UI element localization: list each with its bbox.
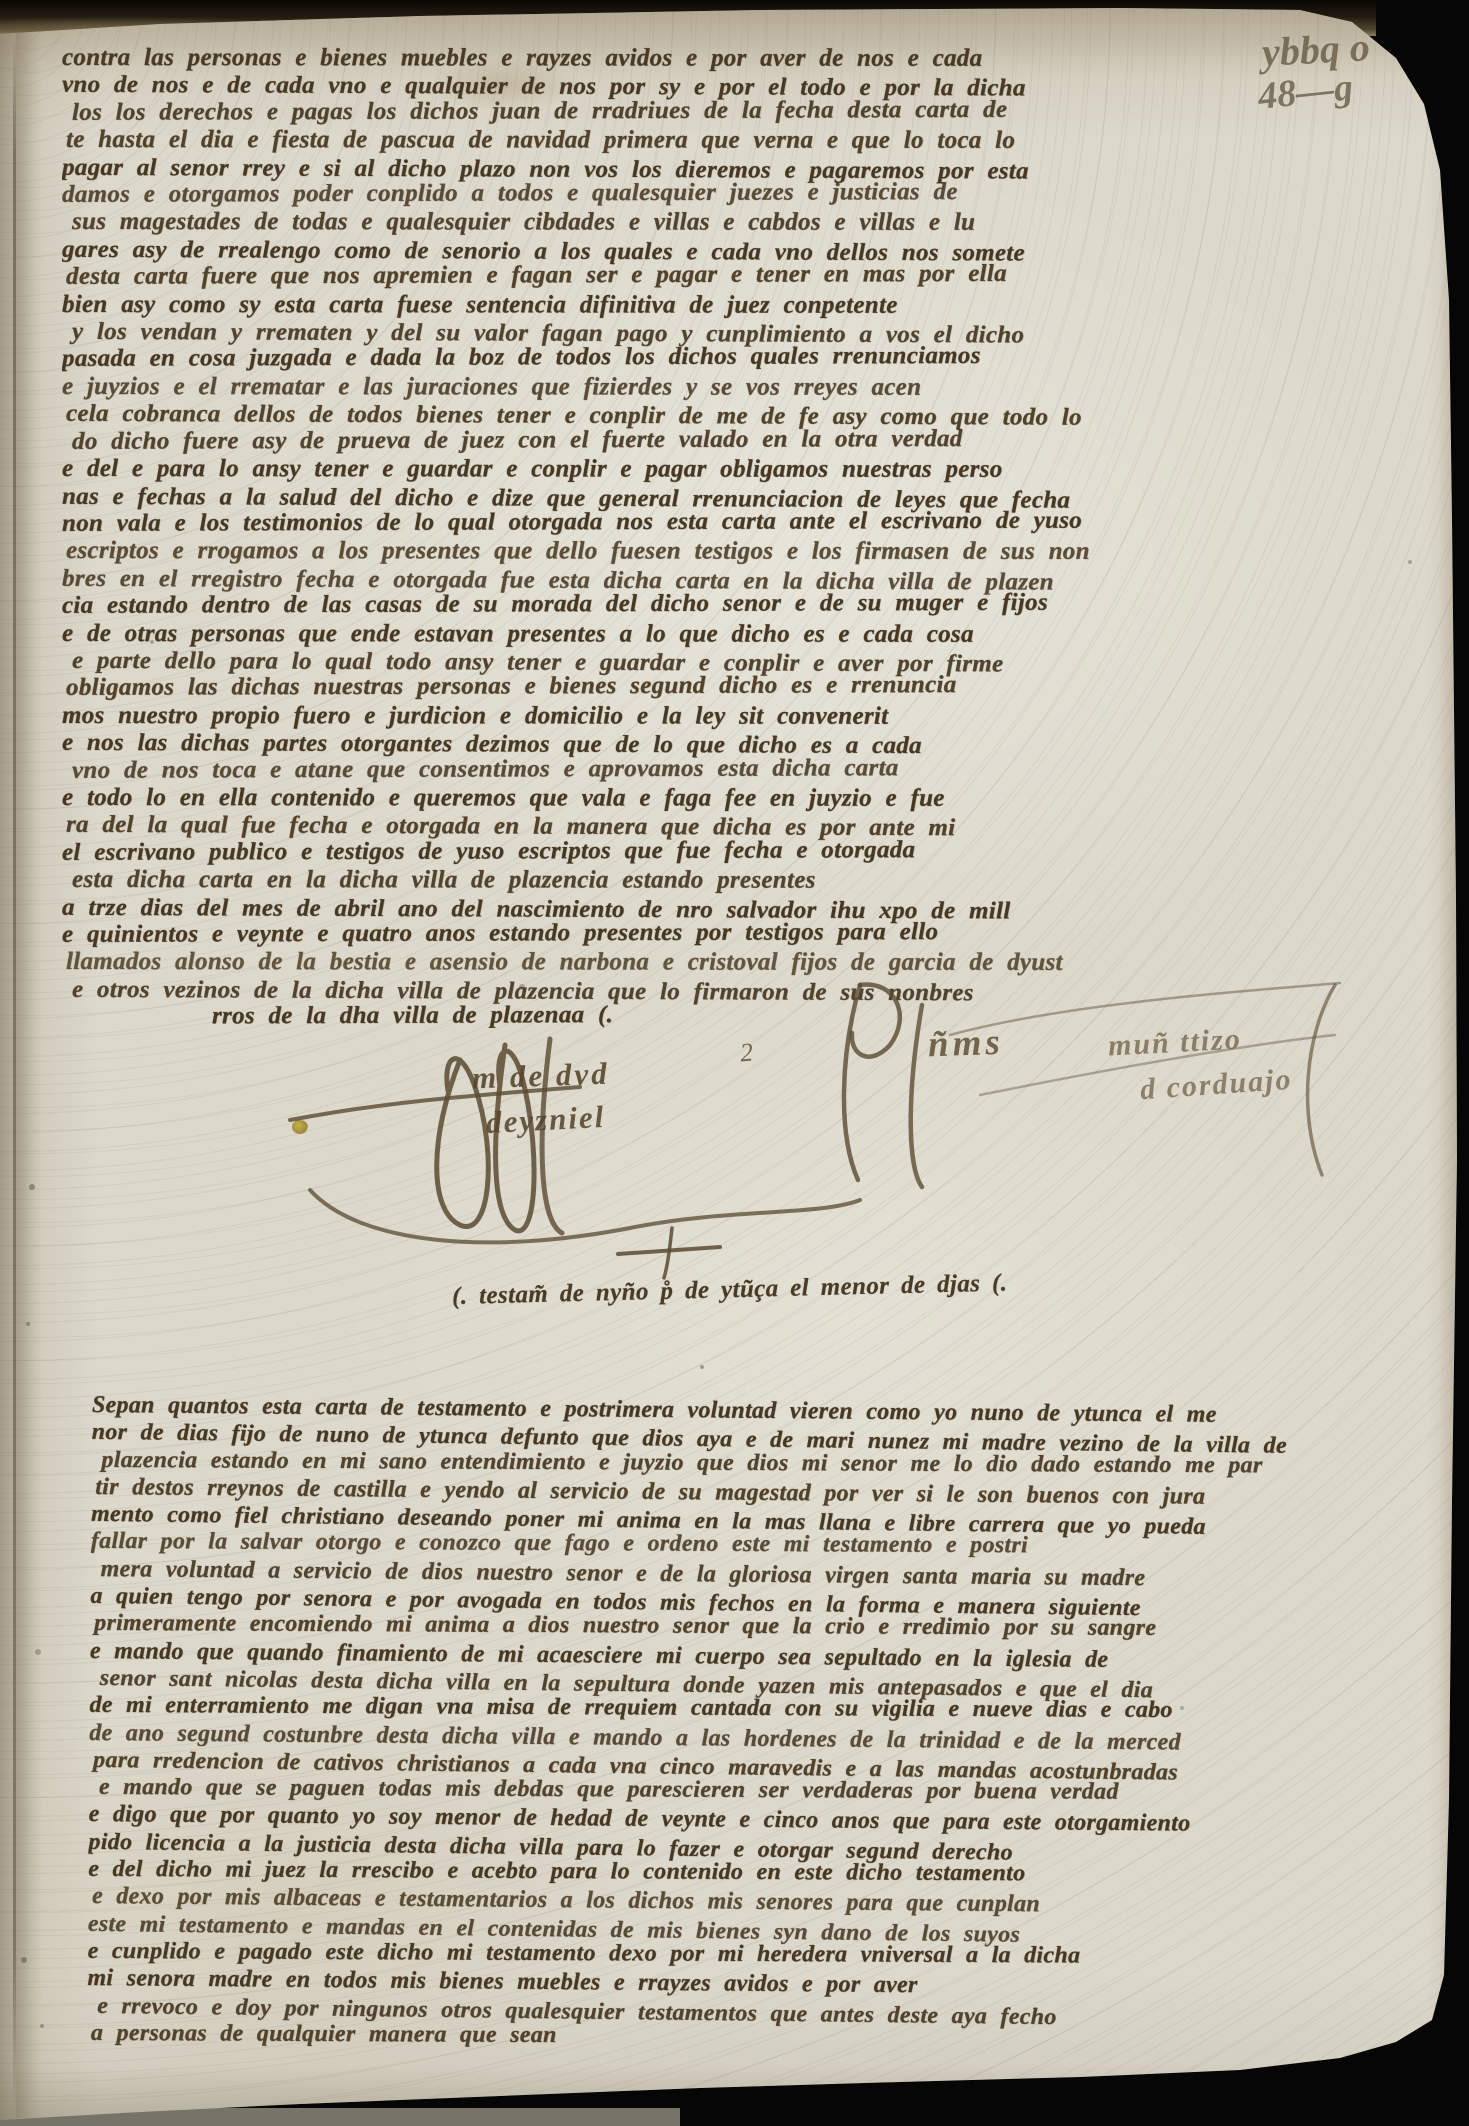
main-text-block: contra las personas e bienes muebles e r… [62,44,1452,1031]
manuscript-line: vno de nos toca e atane que consentimos … [62,752,1452,783]
manuscript-line: do dicho fuere asy de prueva de juez con… [62,424,1452,455]
signature-left-line2: deyzniel [485,1099,606,1141]
lower-text-block: Sepan quantos esta carta de testamento e… [87,1392,1458,2058]
manuscript-line: obligamos las dichas nuestras personas e… [62,670,1452,701]
manuscript-line: a personas de qualquier manera que sean [87,2020,1453,2053]
manuscript-line: de mi enterramiento me digan vna misa de… [89,1693,1455,1726]
manuscript-line: contra las personas e bienes muebles e r… [62,44,1452,73]
manuscript-line: e de otras personas que ende estavan pre… [62,620,1452,649]
manuscript-line: esta dicha carta en la dicha villa de pl… [62,866,1452,895]
left-crease-shadow [16,30,42,2118]
manuscript-line: sus magestades de todas e qualesquier ci… [62,208,1452,237]
manuscript-line: cia estando dentro de las casas de su mo… [62,588,1452,619]
manuscript-line: pasada en cosa juzgada e dada la boz de … [62,341,1452,372]
manuscript-line: damos e otorgamos poder conplido a todos… [62,177,1452,208]
signature-right-line1: muñ ttizo [1107,1023,1242,1064]
manuscript-line: mos nuestro propio fuero e jurdicion e d… [62,702,1452,731]
manuscript-line: e del e para lo ansy tener e guardar e c… [62,455,1452,484]
manuscript-line: e quinientos e veynte e quatro anos esta… [62,917,1452,948]
manuscript-line: escriptos e rrogamos a los presentes que… [62,537,1452,566]
manuscript-line: desta carta fuere que nos apremien e fag… [62,259,1452,290]
manuscript-line: bien asy como sy esta carta fuese senten… [62,291,1452,320]
signature-left-tail [300,1150,880,1260]
small-figure-2: 2 [739,1037,755,1068]
signature-left-line1: m de dvd [471,1056,610,1097]
manuscript-page: ybbq o 48—g contra las personas e bienes… [0,0,1469,2126]
manuscript-line: non vala e los testimonios de lo qual ot… [62,506,1452,537]
manuscript-line: e todo lo en ella contenido e queremos q… [62,784,1452,813]
manuscript-line: el escrivano publico e testigos de yuso … [62,835,1452,866]
manuscript-line: los los derechos e pagas los dichos juan… [62,95,1452,126]
signature-middle-letters: ñms [927,1021,1004,1067]
manuscript-line: te hasta el dia e fiesta de pascua de na… [62,126,1452,155]
manuscript-line: e juyzios e el rrematar e las juraciones… [62,373,1452,402]
docket-caption: (. testam̃ de nyño p̊ de ytũça el men… [452,1265,1192,1311]
manuscript-line: llamados alonso de la bestia e asensio d… [62,948,1452,977]
manuscript-photo: ybbq o 48—g contra las personas e bienes… [0,0,1469,2126]
cross-signum [608,1224,738,1284]
